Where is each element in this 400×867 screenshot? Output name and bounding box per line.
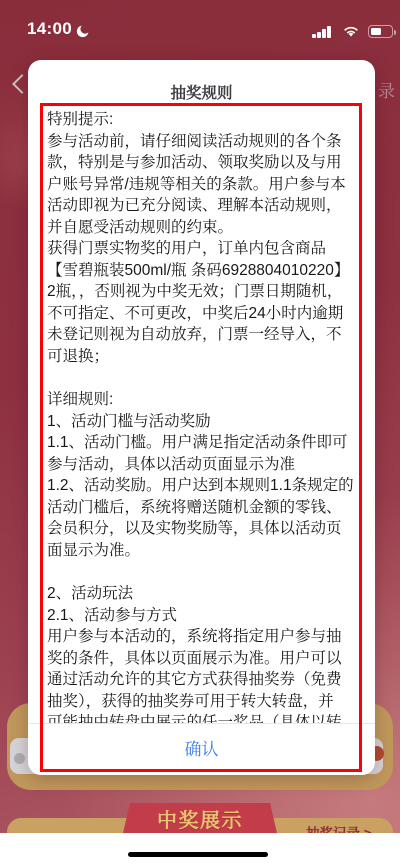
rules-line: 用户参与本活动的，系统将指定用户参与抽 xyxy=(47,626,355,648)
clock-label: 14:00 xyxy=(27,19,72,39)
rules-line: 1.2、活动奖励。用户达到本规则1.1条规定的 xyxy=(47,475,355,497)
wifi-icon xyxy=(342,24,360,38)
battery-fill xyxy=(371,28,381,35)
rules-line: 并自愿受活动规则的约束。 xyxy=(47,217,355,239)
lottery-rules-modal: 抽奖规则 特别提示:参与活动前，请仔细阅读活动规则的各个条款，特别是与参加活动、… xyxy=(28,60,375,775)
rules-line: 获得门票实物奖的用户，订单内包含商品 xyxy=(47,238,355,260)
rules-line: 户账号异常/违规等相关的条款。用户参与本 xyxy=(47,174,355,196)
rules-line: 会员积分，以及实物奖励等，具体以活动页 xyxy=(47,518,355,540)
rules-line: 2、活动玩法 xyxy=(47,583,355,605)
rules-line: 通过活动允许的其它方式获得抽奖券（免费 xyxy=(47,669,355,691)
rules-line: 奖的条件，具体以页面展示为准。用户可以 xyxy=(47,648,355,670)
rules-line xyxy=(47,561,355,583)
confirm-button[interactable]: 确认 xyxy=(28,724,375,775)
rules-line: 详细规则: xyxy=(47,389,355,411)
rules-line: 1.1、活动门槛。用户满足指定活动条件即可 xyxy=(47,432,355,454)
ribbon-label: 中奖展示 xyxy=(157,804,243,833)
rules-line: 参与活动，具体以活动页面显示为准 xyxy=(47,454,355,476)
screen: 14:00 录 抽奖记录 > 中奖展示 抽奖规则 特别提示:参与活动前，请仔细 xyxy=(0,0,400,867)
rules-line: 可能抽中转盘中展示的任一奖品（具体以转 xyxy=(47,712,355,723)
rules-line: 【雪碧瓶装500ml/瓶 条码6928804010220】 xyxy=(47,260,355,282)
rules-line: 特别提示: xyxy=(47,109,355,131)
rules-line: 未登记则视为自动放弃，门票一经导入，不 xyxy=(47,324,355,346)
bottom-safe-area xyxy=(0,833,400,867)
rules-line: 面显示为准。 xyxy=(47,540,355,562)
rules-line: 活动即视为已充分阅读、理解本活动规则， xyxy=(47,195,355,217)
records-nav-partial-label: 录 xyxy=(378,77,395,102)
rules-line xyxy=(47,368,355,390)
cellular-signal-icon xyxy=(312,26,336,38)
rules-line: 不可指定、不可更改，中奖后24小时内逾期 xyxy=(47,303,355,325)
rules-text[interactable]: 特别提示:参与活动前，请仔细阅读活动规则的各个条款，特别是与参加活动、领取奖励以… xyxy=(47,109,355,723)
rules-line: 1、活动门槛与活动奖励 xyxy=(47,411,355,433)
rules-line: 2瓶，，否则视为中奖无效；门票日期随机， xyxy=(47,281,355,303)
battery-cap xyxy=(394,30,397,35)
home-indicator[interactable] xyxy=(128,852,268,857)
back-icon[interactable] xyxy=(12,74,26,96)
rules-line: 2.1、活动参与方式 xyxy=(47,605,355,627)
rules-line: 款，特别是与参加活动、领取奖励以及与用 xyxy=(47,152,355,174)
rules-line: 参与活动前，请仔细阅读活动规则的各个条 xyxy=(47,131,355,153)
notice-dot-icon xyxy=(14,753,25,764)
status-bar: 14:00 xyxy=(0,0,400,44)
prize-showcase-ribbon: 中奖展示 xyxy=(123,803,277,833)
rules-line: 可退换； xyxy=(47,346,355,368)
battery-icon xyxy=(368,25,393,38)
rules-line: 抽奖），获得的抽奖券可用于转大转盘，并 xyxy=(47,691,355,713)
rules-line: 活动门槛后，系统将赠送随机金额的零钱、 xyxy=(47,497,355,519)
moon-icon xyxy=(75,24,90,39)
modal-title: 抽奖规则 xyxy=(28,81,375,103)
